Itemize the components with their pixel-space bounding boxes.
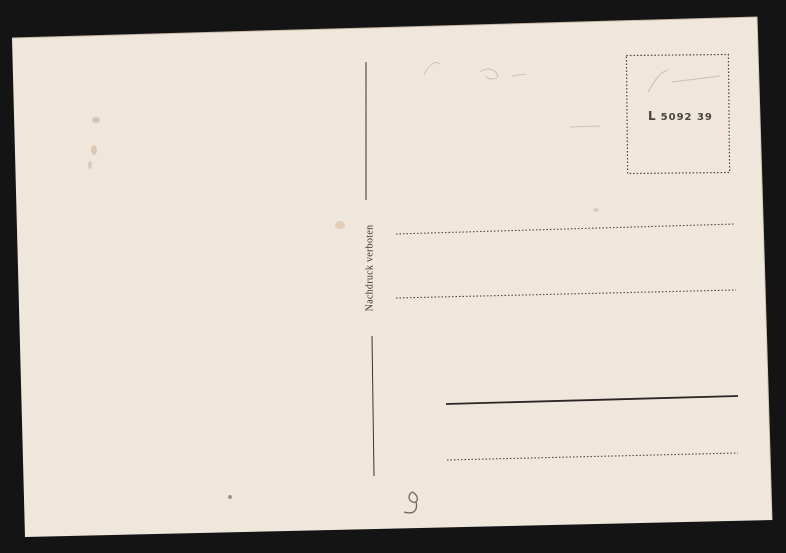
- postcard-paper: [0, 0, 786, 553]
- postcard-back: Nachdruck verboten L5092 39: [0, 0, 786, 553]
- stamp-code-number: 5092 39: [661, 112, 713, 123]
- stain-spot: [92, 117, 100, 123]
- stain-spot: [91, 145, 97, 155]
- stamp-box-code: L5092 39: [648, 109, 713, 123]
- stamp-code-prefix: L: [648, 109, 657, 123]
- stain-spot: [228, 495, 232, 499]
- divider-caption: Nachdruck verboten: [365, 225, 376, 312]
- stain-spot: [88, 161, 92, 169]
- stain-spot: [593, 208, 599, 212]
- stain-spot: [335, 221, 345, 229]
